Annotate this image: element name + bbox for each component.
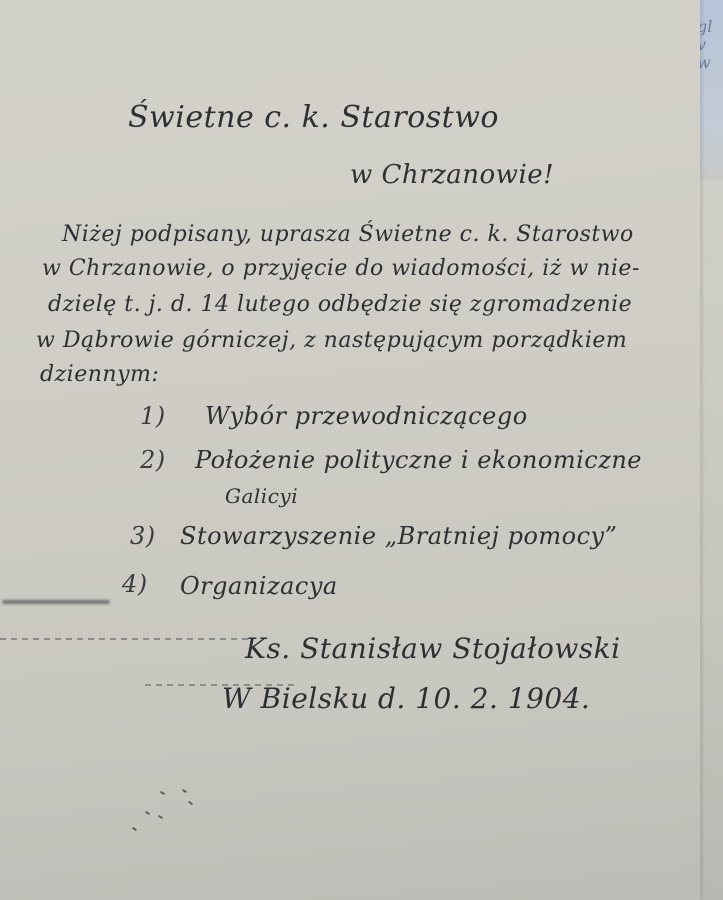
agenda-item-4: Organizacya xyxy=(180,572,338,600)
underlying-sheet-text: gl v w xyxy=(697,18,721,72)
agenda-item-2: Położenie polityczne i ekonomiczne xyxy=(195,446,642,474)
body-line-4: w Dąbrowie górniczej, z następującym por… xyxy=(36,328,627,353)
signature: Ks. Stanisław Stojałowski xyxy=(245,632,621,665)
ink-smudge xyxy=(2,600,110,604)
agenda-number-1: 1) xyxy=(140,402,166,430)
letter-paper: Świetne c. k. Starostwo w Chrzanowie! Ni… xyxy=(0,0,700,900)
agenda-number-2: 2) xyxy=(140,446,166,474)
ink-specks xyxy=(140,790,210,840)
addressee-line-1: Świetne c. k. Starostwo xyxy=(128,100,499,135)
agenda-number-3: 3) xyxy=(130,522,156,550)
body-line-5: dziennym: xyxy=(40,362,159,387)
body-line-1: Niżej podpisany, upraszа Świetne c. k. S… xyxy=(62,222,634,247)
document-photo: gl v w Świetne c. k. Starostwo w Chrzano… xyxy=(0,0,723,900)
body-line-2: w Chrzanowie, o przyjęcie do wiadomości,… xyxy=(42,256,640,281)
agenda-item-3: Stowarzyszenie „Bratniej pomocy” xyxy=(180,522,617,550)
faint-ink-line xyxy=(0,638,250,640)
addressee-line-2: w Chrzanowie! xyxy=(350,160,554,190)
agenda-item-2-continuation: Galicyi xyxy=(225,484,298,508)
agenda-number-4: 4) xyxy=(122,570,148,598)
agenda-item-1: Wybór przewodniczącego xyxy=(205,402,528,430)
place-and-date: W Bielsku d. 10. 2. 1904. xyxy=(222,682,590,715)
body-line-3: dzielę t. j. d. 14 lutego odbędzie się z… xyxy=(48,292,632,317)
